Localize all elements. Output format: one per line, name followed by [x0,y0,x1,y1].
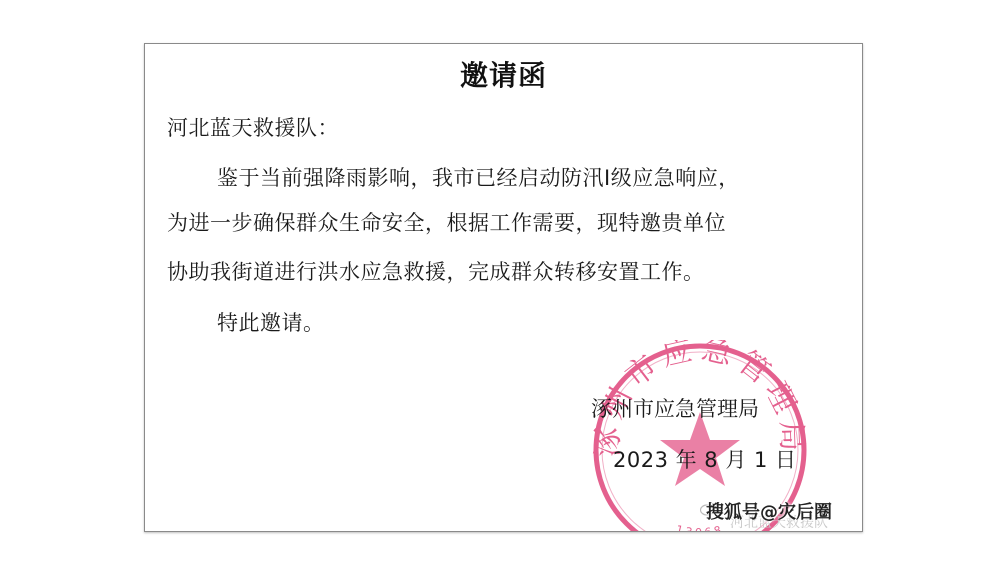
signature-date: 2023 年 8 月 1 日 [613,444,797,474]
closing-line: 特此邀请。 [217,307,325,337]
invitation-letter: 邀请函 河北蓝天救援队： 鉴于当前强降雨影响，我市已经启动防汛Ⅰ级应急响应， 为… [144,43,863,532]
body-line-2: 为进一步确保群众生命安全，根据工作需要，现特邀贵单位 [167,207,726,237]
salutation: 河北蓝天救援队： [167,112,339,142]
letter-title: 邀请函 [145,54,862,94]
svg-text:13068: 13068 [675,523,726,532]
body-line-3: 协助我街道进行洪水应急救援，完成群众转移安置工作。 [167,256,705,286]
seal-serial: 13068 [675,523,726,532]
signature-organization: 涿州市应急管理局 [591,393,759,423]
body-line-1: 鉴于当前强降雨影响，我市已经启动防汛Ⅰ级应急响应， [217,162,740,192]
watermark-primary: 搜狐号@灾后圈 [706,498,832,524]
